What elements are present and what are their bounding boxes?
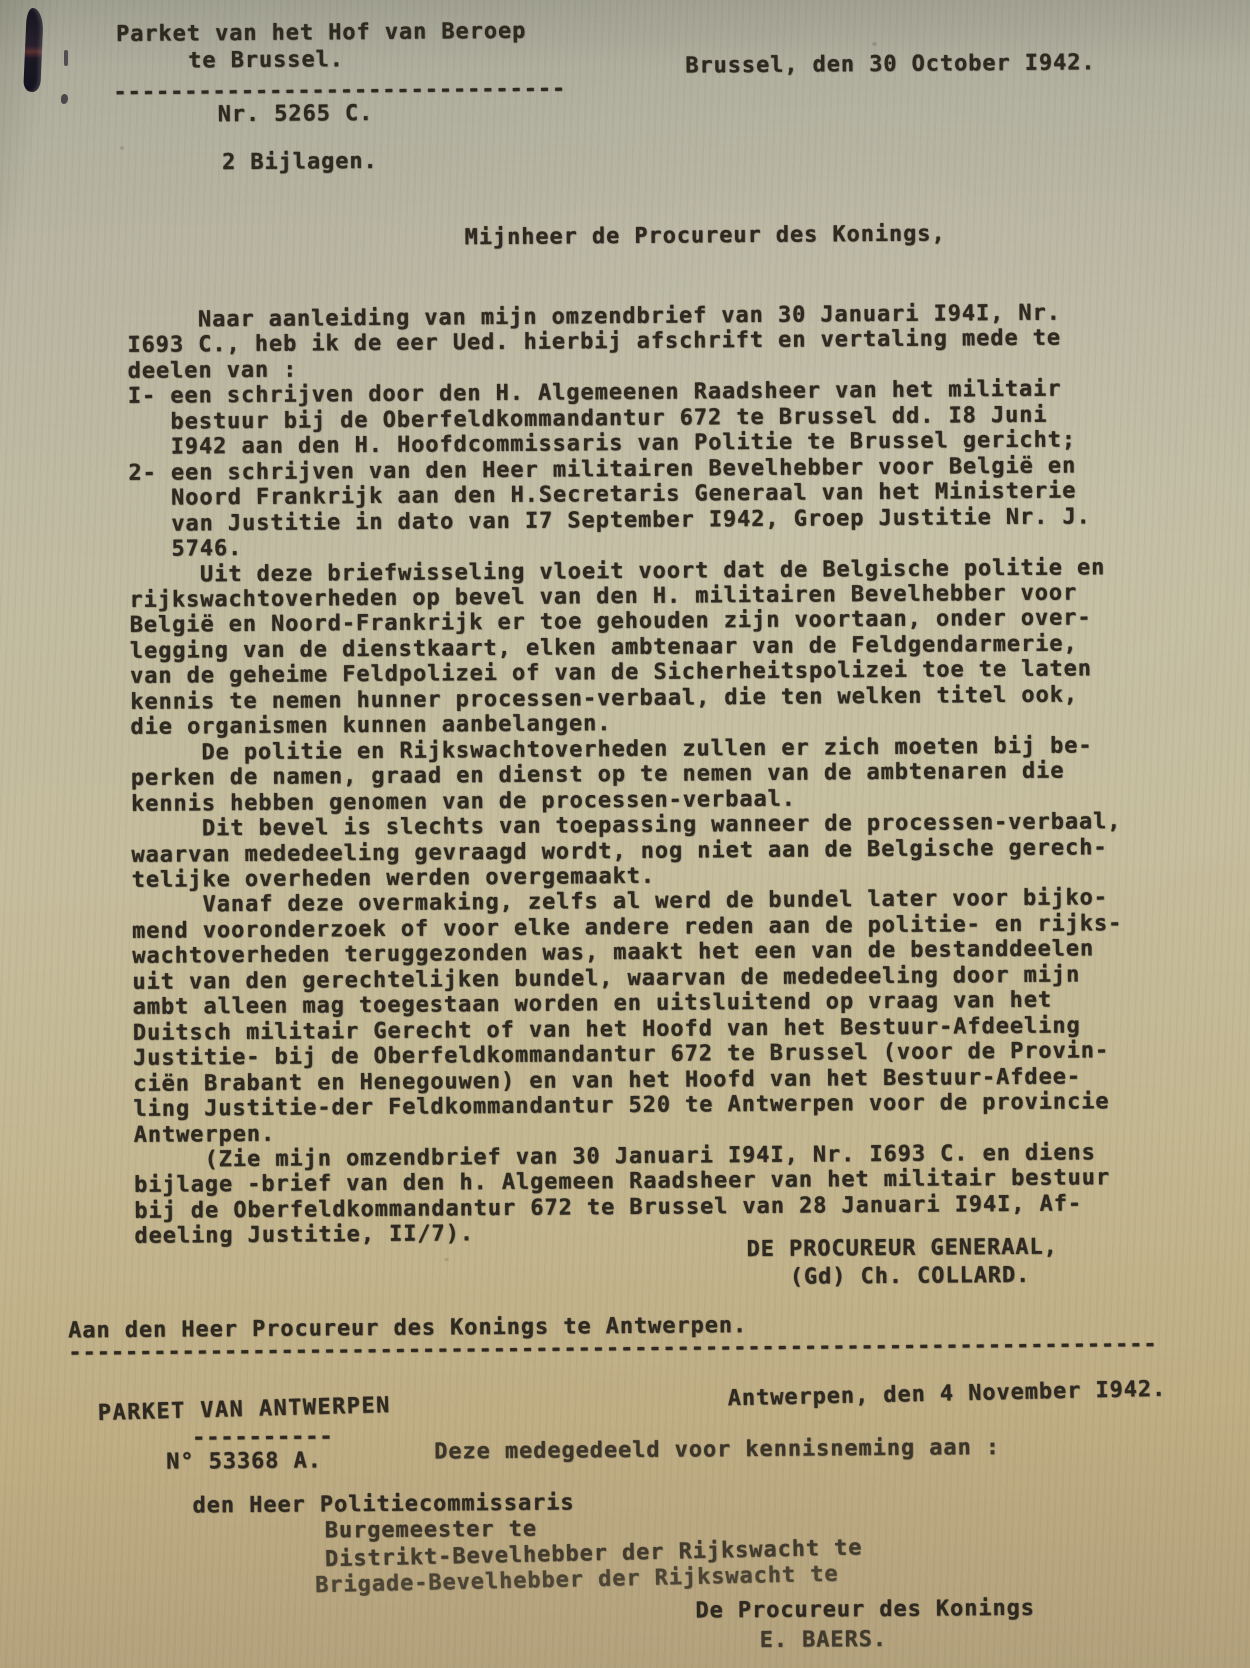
letterhead-org-line2: te Brussel. xyxy=(188,47,344,74)
forwarding-note: Deze medegedeeld voor kennisneming aan : xyxy=(434,1435,1000,1465)
salutation: Mijnheer de Procureur des Konings, xyxy=(465,222,946,251)
scanned-letter-page: Parket van het Hof van Beroep te Brussel… xyxy=(0,0,1250,1668)
antwerp-office-title: PARKET VAN ANTWERPEN xyxy=(98,1393,391,1426)
signature-name: (Gd) Ch. COLLARD. xyxy=(790,1263,1031,1290)
letter-body: Naar aanleiding van mijn omzendbrief van… xyxy=(127,300,1125,1250)
antwerp-signature-name: E. BAERS. xyxy=(760,1627,888,1653)
reference-number: Nr. 5265 C. xyxy=(218,101,374,128)
recipient-line: den Heer Politiecommissaris xyxy=(192,1490,574,1518)
dateline-brussels: Brussel, den 30 October I942. xyxy=(685,50,1095,79)
antwerp-signature-title: De Procureur des Konings xyxy=(695,1596,1035,1624)
signature-title: DE PROCUREUR GENERAAL, xyxy=(746,1235,1057,1263)
antwerp-reference-number: N° 53368 A. xyxy=(166,1448,322,1475)
antwerp-office-underline: ---------- xyxy=(192,1424,334,1451)
letterhead-org-line1: Parket van het Hof van Beroep xyxy=(116,19,526,48)
enclosures-note: 2 Bijlagen. xyxy=(222,149,378,176)
dateline-antwerp: Antwerpen, den 4 November I942. xyxy=(728,1377,1167,1412)
recipient-line: Burgemeester te xyxy=(325,1517,537,1544)
